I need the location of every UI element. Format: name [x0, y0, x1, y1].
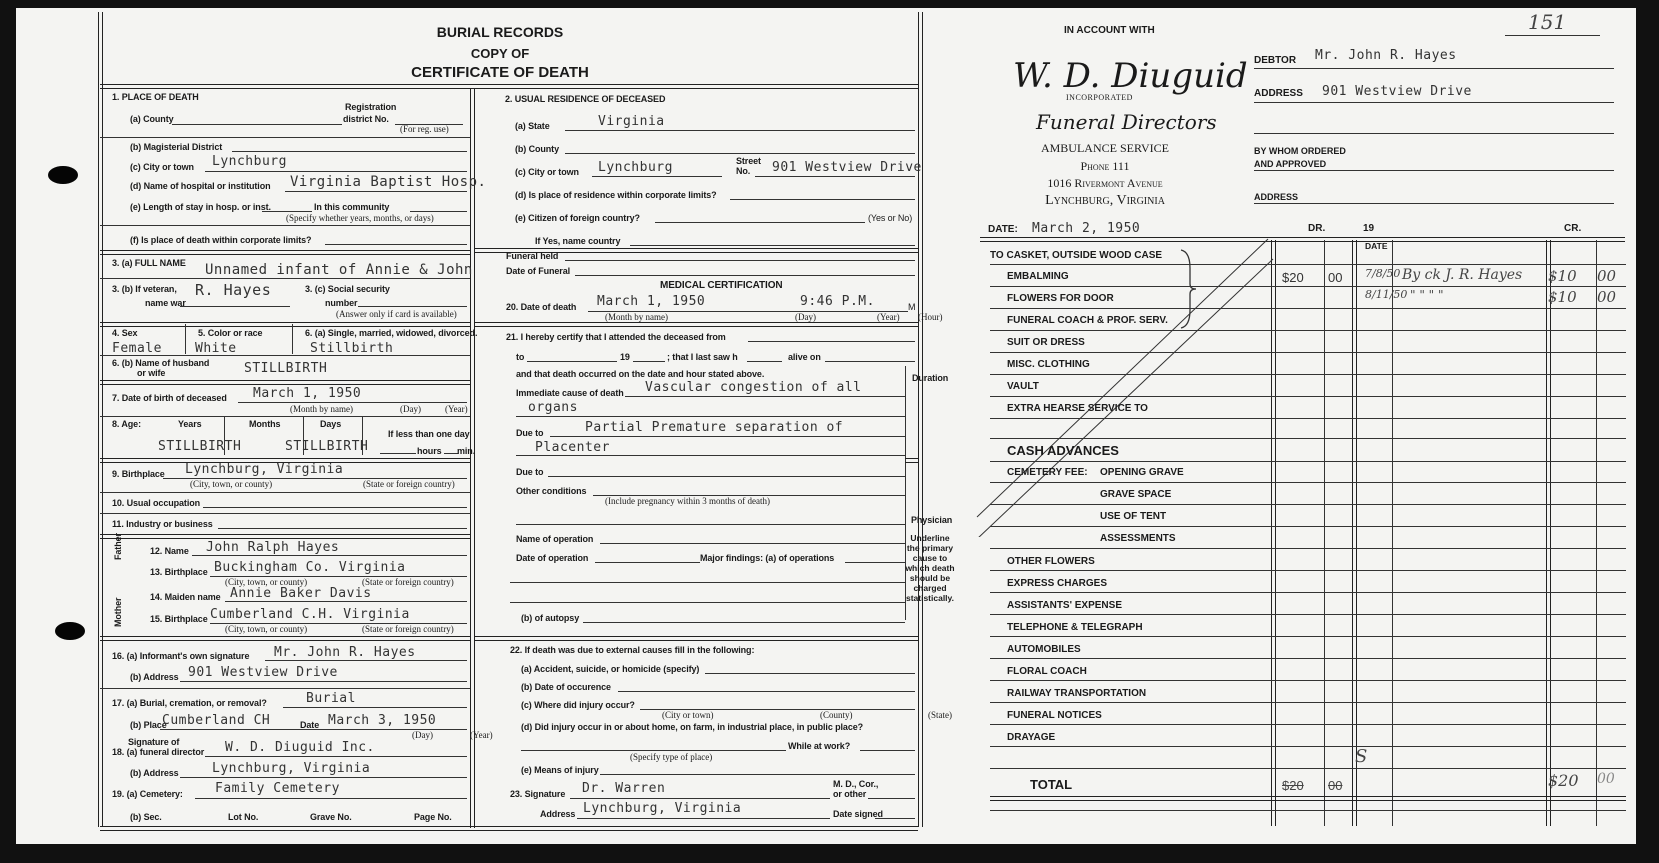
- ledger-item-flowers-door: FLOWERS FOR DOOR: [1007, 293, 1114, 304]
- total-dr-cents[interactable]: 00: [1328, 778, 1342, 793]
- underline: [565, 130, 915, 131]
- underline: [1254, 102, 1614, 103]
- ledger-item-embalming: EMBALMING: [1007, 271, 1069, 282]
- row-rule: [990, 526, 1626, 527]
- physician-note-title: Physician: [911, 515, 952, 525]
- section-rule: [474, 322, 918, 327]
- injury-place-label: (d) Did injury occur in or about home, o…: [521, 722, 863, 732]
- pronoun-field[interactable]: [747, 361, 782, 362]
- city-label: (c) City or town: [130, 162, 194, 172]
- row-rule: [100, 278, 470, 279]
- father-state-note: (State or foreign country): [362, 577, 454, 587]
- residence-heading: 2. USUAL RESIDENCE OF DECEASED: [505, 94, 665, 104]
- row-rule: [990, 504, 1626, 505]
- injury-where-label: (c) Where did injury occur?: [521, 700, 635, 710]
- days-label: Days: [320, 419, 341, 429]
- embalming-dr-amount[interactable]: $20: [1282, 270, 1304, 285]
- debtor-address-value[interactable]: 901 Westview Drive: [1322, 84, 1472, 99]
- row-rule: [990, 461, 1626, 462]
- header-burial-records: BURIAL RECORDS: [410, 24, 590, 40]
- burial-place-value[interactable]: Cumberland CH: [162, 713, 270, 728]
- row-rule: [100, 513, 470, 514]
- due-to-value-1[interactable]: Partial Premature separation of: [585, 420, 843, 435]
- ledger-item-assessments: ASSESSMENTS: [1100, 533, 1176, 544]
- occurence-date-field[interactable]: [618, 691, 915, 692]
- min-field[interactable]: [444, 453, 458, 454]
- embalming-date[interactable]: 7/8/50: [1365, 267, 1400, 280]
- immediate-cause-label: Immediate cause of death: [516, 388, 624, 398]
- death-date-value[interactable]: March 1, 1950: [597, 294, 705, 309]
- injury-place-field[interactable]: [521, 750, 786, 751]
- ledger-item-opening-grave: OPENING GRAVE: [1100, 467, 1184, 478]
- ordered-address-field[interactable]: [1254, 203, 1614, 204]
- center-divider: [470, 88, 475, 828]
- findings-field[interactable]: [845, 562, 905, 563]
- ledger-item-automobiles: AUTOMOBILES: [1007, 644, 1081, 655]
- section-rule: [100, 380, 470, 385]
- res-city-value[interactable]: Lynchburg: [598, 160, 673, 175]
- occupation-field[interactable]: [203, 507, 467, 508]
- autopsy-label: (b) of autopsy: [521, 613, 579, 623]
- due-to-label-2: Due to: [516, 467, 543, 477]
- country-label: If Yes, name country: [535, 236, 620, 246]
- burial-day-note: (Day): [412, 730, 433, 740]
- underline: [205, 171, 467, 172]
- external-causes-heading: 22. If death was due to external causes …: [510, 645, 754, 655]
- res-state-value[interactable]: Virginia: [598, 114, 665, 129]
- social-security-label: 3. (c) Social security: [305, 284, 390, 294]
- debtor-address-label: ADDRESS: [1254, 88, 1303, 99]
- row-rule: [990, 810, 1626, 811]
- total-dr-amount[interactable]: $20: [1282, 778, 1304, 793]
- death-day-note: (Day): [795, 312, 816, 322]
- mother-state-note: (State or foreign country): [362, 624, 454, 634]
- nineteen-header: 19: [1363, 223, 1374, 234]
- underline: [625, 396, 905, 397]
- header-rule: [100, 84, 918, 89]
- ledger-item-funeral-coach: FUNERAL COACH & PROF. SERV.: [1007, 315, 1168, 326]
- place-of-death-heading: 1. PLACE OF DEATH: [112, 92, 199, 102]
- other-conditions-field-2[interactable]: [516, 524, 905, 525]
- while-at-work-label: While at work?: [788, 741, 850, 751]
- embalming-cr-amount[interactable]: $10: [1548, 267, 1577, 285]
- father-birthplace-label: 13. Birthplace: [150, 567, 208, 577]
- record-number: 151: [1528, 10, 1566, 34]
- mother-city-note: (City, town, or county): [225, 624, 307, 634]
- alive-on-label: alive on: [788, 352, 821, 362]
- embalming-dr-cents[interactable]: 00: [1328, 270, 1342, 285]
- stated-above-label: and that death occurred on the date and …: [516, 369, 764, 379]
- hours-field[interactable]: [380, 453, 416, 454]
- row-rule: [990, 264, 1626, 265]
- underline: [285, 191, 467, 192]
- county-field[interactable]: [172, 124, 342, 125]
- bill-date-value[interactable]: March 2, 1950: [1032, 221, 1140, 236]
- burial-year-note: (Year): [470, 730, 493, 740]
- underline: [180, 777, 467, 778]
- page-label: Page No.: [414, 812, 452, 822]
- sex-label: 4. Sex: [112, 328, 137, 338]
- burial-value[interactable]: Burial: [306, 691, 356, 706]
- ledger-item-use-of-tent: USE OF TENT: [1100, 511, 1166, 522]
- nineteen-label: 19: [620, 352, 630, 362]
- ambulance-service: AMBULANCE SERVICE: [1020, 141, 1190, 156]
- director-label-1: Signature of: [128, 737, 179, 747]
- months-label: Months: [249, 419, 280, 429]
- autopsy-field[interactable]: [583, 622, 905, 623]
- row-rule: [990, 614, 1626, 615]
- ledger-item-other-flowers: OTHER FLOWERS: [1007, 556, 1095, 567]
- director-address-value[interactable]: Lynchburg, Virginia: [212, 761, 370, 776]
- row-rule: [100, 137, 470, 138]
- total-cr-cents[interactable]: 00: [1597, 771, 1615, 787]
- cr-label: CR.: [1564, 223, 1581, 234]
- brace-icon: [1178, 248, 1198, 330]
- pregnancy-note: (Include pregnancy within 3 months of de…: [605, 496, 770, 506]
- ledger-col-rule: [1392, 240, 1393, 826]
- spouse-value[interactable]: STILLBIRTH: [244, 361, 327, 376]
- funeral-held-field[interactable]: [565, 260, 915, 261]
- row-rule: [990, 768, 1626, 769]
- findings-field-3[interactable]: [510, 602, 905, 603]
- informant-address-label: (b) Address: [130, 672, 179, 682]
- firm-phone: Phone 111: [1020, 159, 1190, 174]
- ledger-col-rule: [1352, 240, 1357, 826]
- row-rule: [990, 330, 1626, 331]
- burial-date-value[interactable]: March 3, 1950: [328, 713, 436, 728]
- row-rule: [990, 746, 1626, 747]
- ledger-item-casket: TO CASKET, OUTSIDE WOOD CASE: [990, 250, 1162, 261]
- stay-note: (Specify whether years, months, or days): [286, 213, 434, 223]
- race-label: 5. Color or race: [198, 328, 262, 338]
- country-field[interactable]: [630, 245, 915, 246]
- operation-label: Name of operation: [516, 534, 593, 544]
- duration-rule: [905, 458, 918, 463]
- death-hour-note: (Hour): [918, 312, 943, 322]
- ledger-col-rule: [1596, 240, 1597, 826]
- medical-certification-heading: MEDICAL CERTIFICATION: [660, 280, 783, 291]
- physician-address-value[interactable]: Lynchburg, Virginia: [583, 801, 741, 816]
- age-months-value[interactable]: STILLBIRTH: [285, 439, 368, 454]
- ss-number-field[interactable]: [358, 306, 467, 307]
- section-rule: [100, 636, 470, 641]
- section-rule: [100, 250, 470, 255]
- underline: [1254, 133, 1614, 134]
- row-rule: [990, 482, 1626, 483]
- community-label: In this community: [314, 202, 389, 212]
- due-to-value-2[interactable]: Placenter: [535, 440, 610, 455]
- res-corporate-label: (d) Is place of residence within corpora…: [515, 190, 717, 200]
- ledger-col-rule: [1324, 240, 1325, 826]
- physician-address-label: Address: [540, 809, 575, 819]
- street-label-2: No.: [736, 166, 750, 176]
- stay-field[interactable]: [262, 211, 312, 212]
- while-at-work-field[interactable]: [860, 750, 915, 751]
- magisterial-field[interactable]: [232, 151, 467, 152]
- birthplace-label: 9. Birthplace: [112, 469, 165, 479]
- flowers-cr-cents[interactable]: 00: [1597, 288, 1616, 306]
- occupation-label: 10. Usual occupation: [112, 498, 200, 508]
- flowers-date[interactable]: 8/11/50: [1365, 288, 1407, 301]
- informant-address-value[interactable]: 901 Westview Drive: [188, 665, 338, 680]
- embalming-cr-cents[interactable]: 00: [1597, 267, 1616, 285]
- attended-from-field[interactable]: [748, 341, 915, 342]
- last-saw-label: ; that I last saw h: [667, 352, 738, 362]
- alive-on-field[interactable]: [825, 361, 915, 362]
- place-type-note: (Specify type of place): [630, 752, 712, 762]
- section-rule: [100, 534, 470, 539]
- cemetery-fee-label: CEMETERY FEE:: [1007, 467, 1088, 478]
- accident-field[interactable]: [705, 673, 915, 674]
- embalming-note[interactable]: By ck J. R. Hayes: [1402, 267, 1522, 283]
- district-no-label: district No.: [343, 114, 389, 124]
- row-rule: [990, 548, 1626, 549]
- row-rule: [990, 438, 1626, 439]
- dob-day-note: (Day): [400, 404, 421, 414]
- operation-date-label: Date of operation: [516, 553, 588, 563]
- underline: [225, 601, 467, 602]
- cell-rule: [292, 324, 293, 354]
- row-rule: [990, 570, 1626, 571]
- dob-label: 7. Date of birth of deceased: [112, 393, 227, 403]
- county-label: (a) County: [130, 114, 174, 124]
- m-label: M: [908, 302, 915, 312]
- row-rule: [100, 688, 470, 689]
- street-label-1: Street: [736, 156, 761, 166]
- dob-month-note: (Month by name): [290, 404, 353, 414]
- row-rule: [990, 352, 1626, 353]
- underline: [238, 402, 467, 403]
- md-label-1: M. D., Cor.,: [833, 779, 878, 789]
- death-time-value[interactable]: 9:46 P.M.: [800, 294, 875, 309]
- sex-value[interactable]: Female: [112, 341, 162, 356]
- underline: [577, 818, 830, 819]
- firm-name-logo: W. D. Diuguid: [1013, 56, 1248, 96]
- due-to-field-2[interactable]: [548, 476, 905, 477]
- age-years-value[interactable]: STILLBIRTH: [158, 439, 241, 454]
- physician-signature-value[interactable]: Dr. Warren: [582, 781, 665, 796]
- occurence-date-label: (b) Date of occurence: [521, 682, 611, 692]
- row-rule: [100, 492, 470, 493]
- header-copy-of: COPY OF: [410, 46, 590, 61]
- firm-city: Lynchburg, Virginia: [1020, 193, 1190, 209]
- director-label-2: 18. (a) funeral director: [112, 747, 204, 757]
- punch-hole-bottom: [55, 622, 85, 640]
- row-rule: [990, 592, 1626, 593]
- ordered-address-label: ADDRESS: [1254, 192, 1298, 202]
- left-border: [98, 12, 103, 827]
- signature-label: 23. Signature: [510, 789, 565, 799]
- ledger-item-express-charges: EXPRESS CHARGES: [1007, 578, 1107, 589]
- flowers-cr-amount[interactable]: $10: [1548, 288, 1577, 306]
- industry-label: 11. Industry or business: [112, 519, 213, 529]
- underline: [195, 798, 467, 799]
- ledger-item-misc-clothing: MISC. CLOTHING: [1007, 359, 1090, 370]
- birthplace-state-note: (State or foreign country): [363, 479, 455, 489]
- bill-date-label: DATE:: [988, 224, 1018, 235]
- ordered-by-label-1: BY WHOM ORDERED: [1254, 146, 1346, 156]
- means-field[interactable]: [600, 774, 915, 775]
- underline: [192, 555, 467, 556]
- underline: [516, 416, 905, 417]
- immediate-cause-value-1[interactable]: Vascular congestion of all: [645, 380, 862, 395]
- ledger-item-funeral-notices: FUNERAL NOTICES: [1007, 710, 1102, 721]
- debtor-label: DEBTOR: [1254, 55, 1296, 66]
- total-cr-amount[interactable]: $20: [1548, 771, 1579, 790]
- mother-tag: Mother: [113, 598, 123, 627]
- yes-no-note: (Yes or No): [868, 213, 912, 223]
- father-tag: Father: [113, 533, 123, 560]
- underline: [570, 798, 830, 799]
- total-check-mark[interactable]: S: [1355, 746, 1367, 767]
- incorporated-label: INCORPORATED: [1066, 93, 1133, 102]
- attended-to-field[interactable]: [527, 361, 617, 362]
- spouse-label-line2: or wife: [112, 368, 165, 378]
- debtor-value[interactable]: Mr. John R. Hayes: [1315, 48, 1457, 63]
- veteran-value[interactable]: R. Hayes: [195, 281, 271, 299]
- ordered-by-field[interactable]: [1254, 170, 1614, 171]
- dob-year-note: (Year): [445, 404, 468, 414]
- row-rule: [990, 658, 1626, 659]
- marital-value[interactable]: Stillbirth: [310, 341, 393, 356]
- punch-hole-top: [48, 166, 78, 184]
- accident-label: (a) Accident, suicide, or homicide (spec…: [521, 664, 699, 674]
- mother-name-value[interactable]: Annie Baker Davis: [230, 586, 372, 601]
- informant-signature-label: 16. (a) Informant's own signature: [112, 651, 249, 661]
- injury-county-note: (County): [820, 710, 853, 720]
- bottom-rule: [100, 826, 918, 831]
- ordered-by-label-2: AND APPROVED: [1254, 159, 1326, 169]
- full-name-label: 3. (a) FULL NAME: [112, 258, 186, 268]
- death-city-value[interactable]: Lynchburg: [212, 154, 287, 169]
- ledger-item-drayage: DRAYAGE: [1007, 732, 1055, 743]
- due-to-label: Due to: [516, 428, 543, 438]
- operation-date-field[interactable]: [595, 562, 700, 563]
- ledger-item-railway: RAILWAY TRANSPORTATION: [1007, 688, 1146, 699]
- certify-label: 21. I hereby certify that I attended the…: [506, 332, 726, 342]
- years-label: Years: [178, 419, 202, 429]
- industry-field[interactable]: [218, 528, 467, 529]
- section-rule: [100, 322, 470, 327]
- spouse-label: 6. (b) Name of husbandor wife: [112, 358, 209, 378]
- row-rule: [990, 636, 1626, 637]
- citizen-field[interactable]: [655, 222, 865, 223]
- res-county-label: (b) County: [515, 144, 559, 154]
- findings-label: Major findings: (a) of operations: [700, 553, 834, 563]
- row-rule: [990, 308, 1626, 309]
- underline: [265, 660, 467, 661]
- ledger-item-vault: VAULT: [1007, 381, 1039, 392]
- date-column-header: DATE: [1365, 241, 1388, 251]
- registration-label: Registration: [345, 102, 396, 112]
- underline: [180, 681, 467, 682]
- community-field[interactable]: [410, 211, 467, 212]
- for-reg-use-note: (For reg. use): [400, 124, 449, 134]
- row-rule: [990, 418, 1626, 419]
- ss-number-label: number: [325, 298, 357, 308]
- burial-label: 17. (a) Burial, cremation, or removal?: [112, 698, 267, 708]
- total-label: TOTAL: [1030, 777, 1072, 792]
- death-corporate-field[interactable]: [325, 244, 467, 245]
- grave-label: Grave No.: [310, 812, 352, 822]
- row-rule: [990, 374, 1626, 375]
- md-label-2: or other: [833, 789, 866, 799]
- underline: [550, 436, 905, 437]
- ledger-col-rule: [1546, 240, 1551, 826]
- underline: [1505, 35, 1600, 36]
- spouse-label-line1: 6. (b) Name of husband: [112, 358, 209, 368]
- dr-label: DR.: [1308, 223, 1325, 234]
- res-street-value[interactable]: 901 Westview Drive: [772, 160, 922, 175]
- to-label: to: [516, 352, 524, 362]
- underline: [205, 756, 467, 757]
- mother-name-label: 14. Maiden name: [150, 592, 221, 602]
- birthplace-city-note: (City, town, or county): [190, 479, 272, 489]
- operation-field[interactable]: [600, 543, 905, 544]
- father-birthplace-value[interactable]: Buckingham Co. Virginia: [214, 560, 406, 575]
- res-county-field[interactable]: [565, 153, 915, 154]
- immediate-cause-value-2[interactable]: organs: [528, 400, 578, 415]
- full-name-value[interactable]: Unnamed infant of Annie & John: [205, 262, 473, 278]
- date-signed-field[interactable]: [875, 818, 915, 819]
- cemetery-label: 19. (a) Cemetery:: [112, 789, 183, 799]
- underline: [592, 176, 722, 177]
- min-label: min.: [457, 446, 475, 456]
- birthplace-value[interactable]: Lynchburg, Virginia: [185, 462, 343, 477]
- lot-label: Lot No.: [228, 812, 258, 822]
- underline: [180, 306, 290, 307]
- race-value[interactable]: White: [195, 341, 237, 356]
- ledger-item-telephone: TELEPHONE & TELEGRAPH: [1007, 622, 1143, 633]
- cemetery-value[interactable]: Family Cemetery: [215, 781, 340, 796]
- flowers-ditto-note[interactable]: " " " ": [1410, 288, 1444, 302]
- findings-field-2[interactable]: [510, 582, 905, 583]
- sec-label: (b) Sec.: [130, 812, 162, 822]
- ledger-item-floral-coach: FLORAL COACH: [1007, 666, 1087, 677]
- funeral-director-value[interactable]: W. D. Diuguid Inc.: [225, 740, 375, 755]
- mother-birthplace-label: 15. Birthplace: [150, 614, 208, 624]
- veteran-label: 3. (b) If veteran,: [112, 284, 177, 294]
- age-label: 8. Age:: [112, 419, 141, 429]
- hours-label: hours: [417, 446, 442, 456]
- row-rule: [990, 680, 1626, 681]
- header-certificate-of-death: CERTIFICATE OF DEATH: [380, 64, 620, 81]
- informant-signature-value[interactable]: Mr. John R. Hayes: [274, 645, 416, 660]
- father-name-value[interactable]: John Ralph Hayes: [206, 540, 339, 555]
- res-corporate-field[interactable]: [730, 199, 915, 200]
- magisterial-label: (b) Magisterial District: [130, 142, 222, 152]
- hospital-value[interactable]: Virginia Baptist Hosp.: [290, 174, 486, 190]
- md-label: M. D., Cor.,or other: [833, 779, 878, 799]
- firm-street: 1016 Rivermont Avenue: [1020, 176, 1190, 191]
- row-rule: [990, 396, 1626, 397]
- md-field[interactable]: [868, 798, 915, 799]
- marital-label: 6. (a) Single, married, widowed, divorce…: [305, 328, 477, 338]
- row-rule: [990, 286, 1626, 287]
- dob-value[interactable]: March 1, 1950: [253, 386, 361, 401]
- res-state-label: (a) State: [515, 121, 550, 131]
- year-field[interactable]: [633, 361, 665, 362]
- death-year-note: (Year): [877, 312, 900, 322]
- ledger-item-assistants-expense: ASSISTANTS' EXPENSE: [1007, 600, 1122, 611]
- underline: [1254, 68, 1614, 69]
- ledger-item-extra-hearse: EXTRA HEARSE SERVICE TO: [1007, 403, 1148, 414]
- mother-birthplace-value[interactable]: Cumberland C.H. Virginia: [210, 607, 410, 622]
- ledger-item-suit-dress: SUIT OR DRESS: [1007, 337, 1085, 348]
- funeral-date-field[interactable]: [575, 275, 915, 276]
- death-date-label: 20. Date of death: [506, 302, 576, 312]
- director-address-label: (b) Address: [130, 768, 179, 778]
